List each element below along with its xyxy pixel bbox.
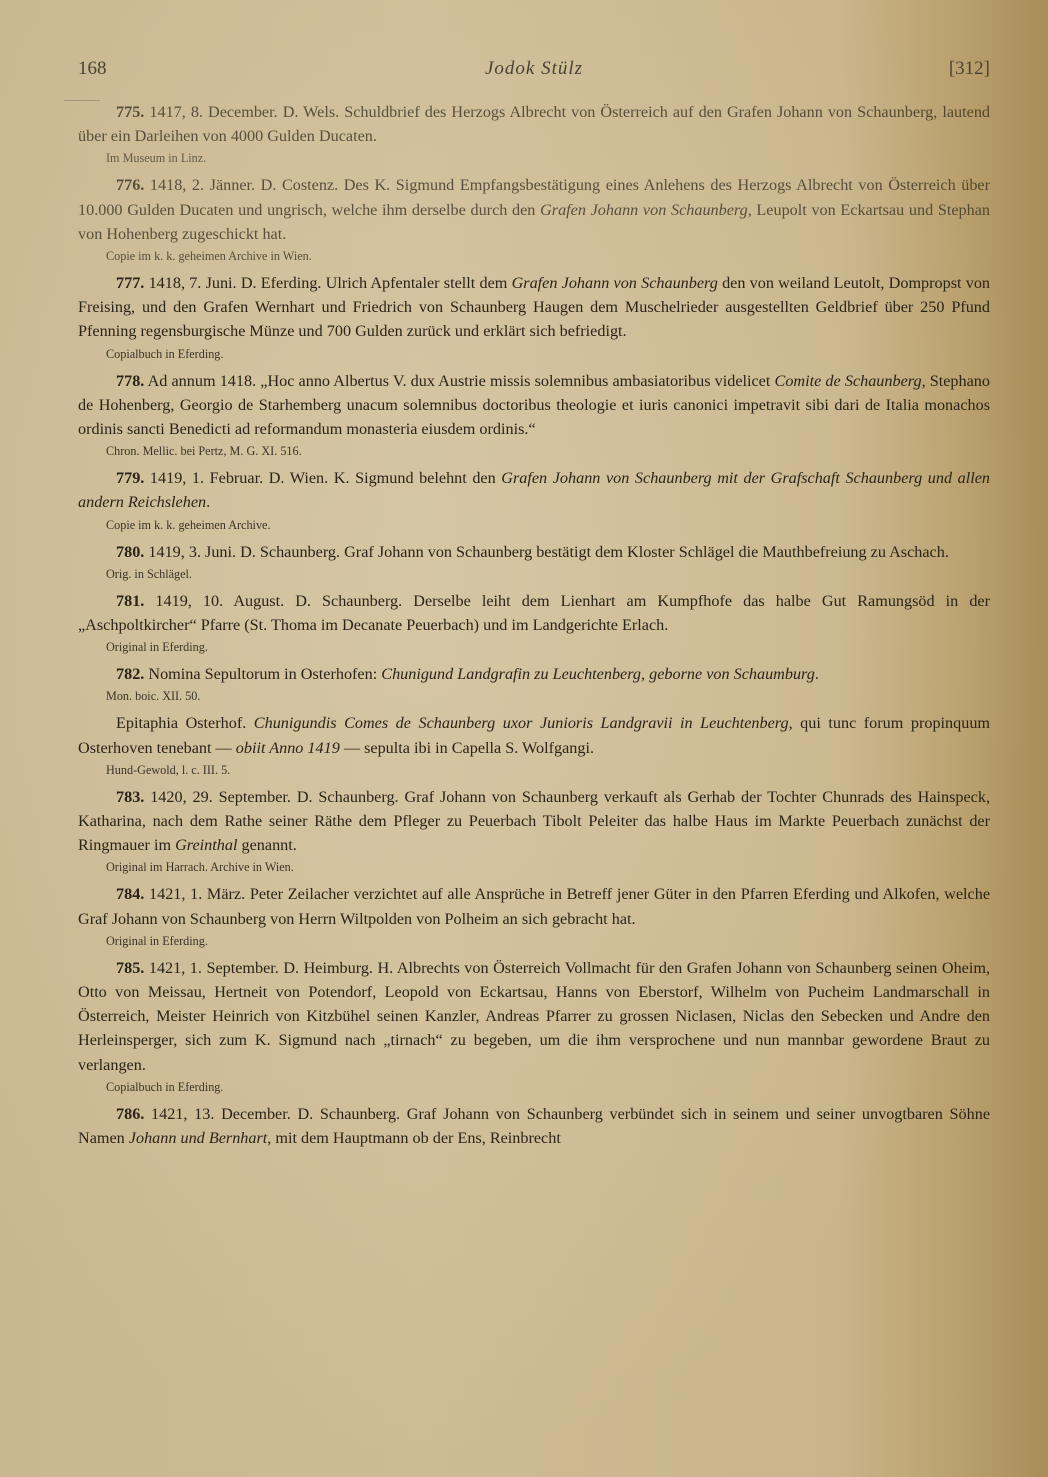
entry-text: 784. 1421, 1. März. Peter Zeilacher verz… (78, 882, 990, 930)
entry-source: Copialbuch in Eferding. (106, 345, 990, 363)
entry-number: 782. (116, 665, 144, 683)
entry-source: Chron. Mellic. bei Pertz, M. G. XI. 516. (106, 442, 990, 460)
regesta-list: 775. 1417, 8. December. D. Wels. Schuldb… (78, 100, 990, 1153)
entry-number: 780. (116, 543, 144, 561)
entry-text: 781. 1419, 10. August. D. Schaunberg. De… (78, 589, 990, 637)
entry-779: 779. 1419, 1. Februar. D. Wien. K. Sigmu… (78, 466, 990, 533)
entry-781: 781. 1419, 10. August. D. Schaunberg. De… (78, 589, 990, 656)
page-header: 168 Jodok Stülz [312] (78, 58, 990, 88)
original-page-number: [312] (949, 58, 990, 80)
entry-number: 778. (116, 372, 144, 390)
entry-775: 775. 1417, 8. December. D. Wels. Schuldb… (78, 100, 990, 167)
entry-text: 776. 1418, 2. Jänner. D. Costenz. Des K.… (78, 173, 990, 246)
entry-number: 784. (116, 885, 144, 903)
entry-784: 784. 1421, 1. März. Peter Zeilacher verz… (78, 882, 990, 949)
entry-number: 779. (116, 469, 144, 487)
entry-text: 775. 1417, 8. December. D. Wels. Schuldb… (78, 100, 990, 148)
entry-source: Original im Harrach. Archive in Wien. (106, 858, 990, 876)
entry-number: 777. (116, 274, 144, 292)
entry-source: Copie im k. k. geheimen Archive in Wien. (106, 247, 990, 265)
entry-number: 785. (116, 959, 144, 977)
entry-text: 785. 1421, 1. September. D. Heimburg. H.… (78, 956, 990, 1077)
entry-782: 782. Nomina Sepultorum in Osterhofen: Ch… (78, 662, 990, 705)
entry-text: 782. Nomina Sepultorum in Osterhofen: Ch… (78, 662, 990, 686)
entry-number: 786. (116, 1105, 144, 1123)
running-title: Jodok Stülz (78, 58, 990, 80)
entry-text: 780. 1419, 3. Juni. D. Schaunberg. Graf … (78, 540, 990, 564)
entry-number: 783. (116, 788, 144, 806)
entry-778: 778. Ad annum 1418. „Hoc anno Albertus V… (78, 369, 990, 461)
entry-source: Im Museum in Linz. (106, 149, 990, 167)
entry-783: 783. 1420, 29. September. D. Schaunberg.… (78, 785, 990, 877)
entry-source: Orig. in Schlägel. (106, 565, 990, 583)
entry-777: 777. 1418, 7. Juni. D. Eferding. Ulrich … (78, 271, 990, 363)
entry-text: 779. 1419, 1. Februar. D. Wien. K. Sigmu… (78, 466, 990, 514)
entry-776: 776. 1418, 2. Jänner. D. Costenz. Des K.… (78, 173, 990, 265)
entry-source: Mon. boic. XII. 50. (106, 687, 990, 705)
entry-text: 778. Ad annum 1418. „Hoc anno Albertus V… (78, 369, 990, 442)
entry-text: Epitaphia Osterhof. Chunigundis Comes de… (78, 711, 990, 759)
entry-number: 781. (116, 592, 144, 610)
entry-source: Hund-Gewold, l. c. III. 5. (106, 761, 990, 779)
entry-text: 783. 1420, 29. September. D. Schaunberg.… (78, 785, 990, 858)
entry-number: 776. (116, 176, 144, 194)
entry-source: Copie im k. k. geheimen Archive. (106, 516, 990, 534)
entry-source: Copialbuch in Eferding. (106, 1078, 990, 1096)
book-page: 168 Jodok Stülz [312] 775. 1417, 8. Dece… (0, 0, 1048, 1477)
entry-source: Original in Eferding. (106, 638, 990, 656)
entry-780: 780. 1419, 3. Juni. D. Schaunberg. Graf … (78, 540, 990, 583)
entry-785: 785. 1421, 1. September. D. Heimburg. H.… (78, 956, 990, 1096)
entry-786: 786. 1421, 13. December. D. Schaunberg. … (78, 1102, 990, 1150)
entry-source: Original in Eferding. (106, 932, 990, 950)
entry-text: 777. 1418, 7. Juni. D. Eferding. Ulrich … (78, 271, 990, 344)
entry-number: 775. (116, 103, 144, 121)
entry-782-epitaph: Epitaphia Osterhof. Chunigundis Comes de… (78, 711, 990, 778)
entry-text: 786. 1421, 13. December. D. Schaunberg. … (78, 1102, 990, 1150)
